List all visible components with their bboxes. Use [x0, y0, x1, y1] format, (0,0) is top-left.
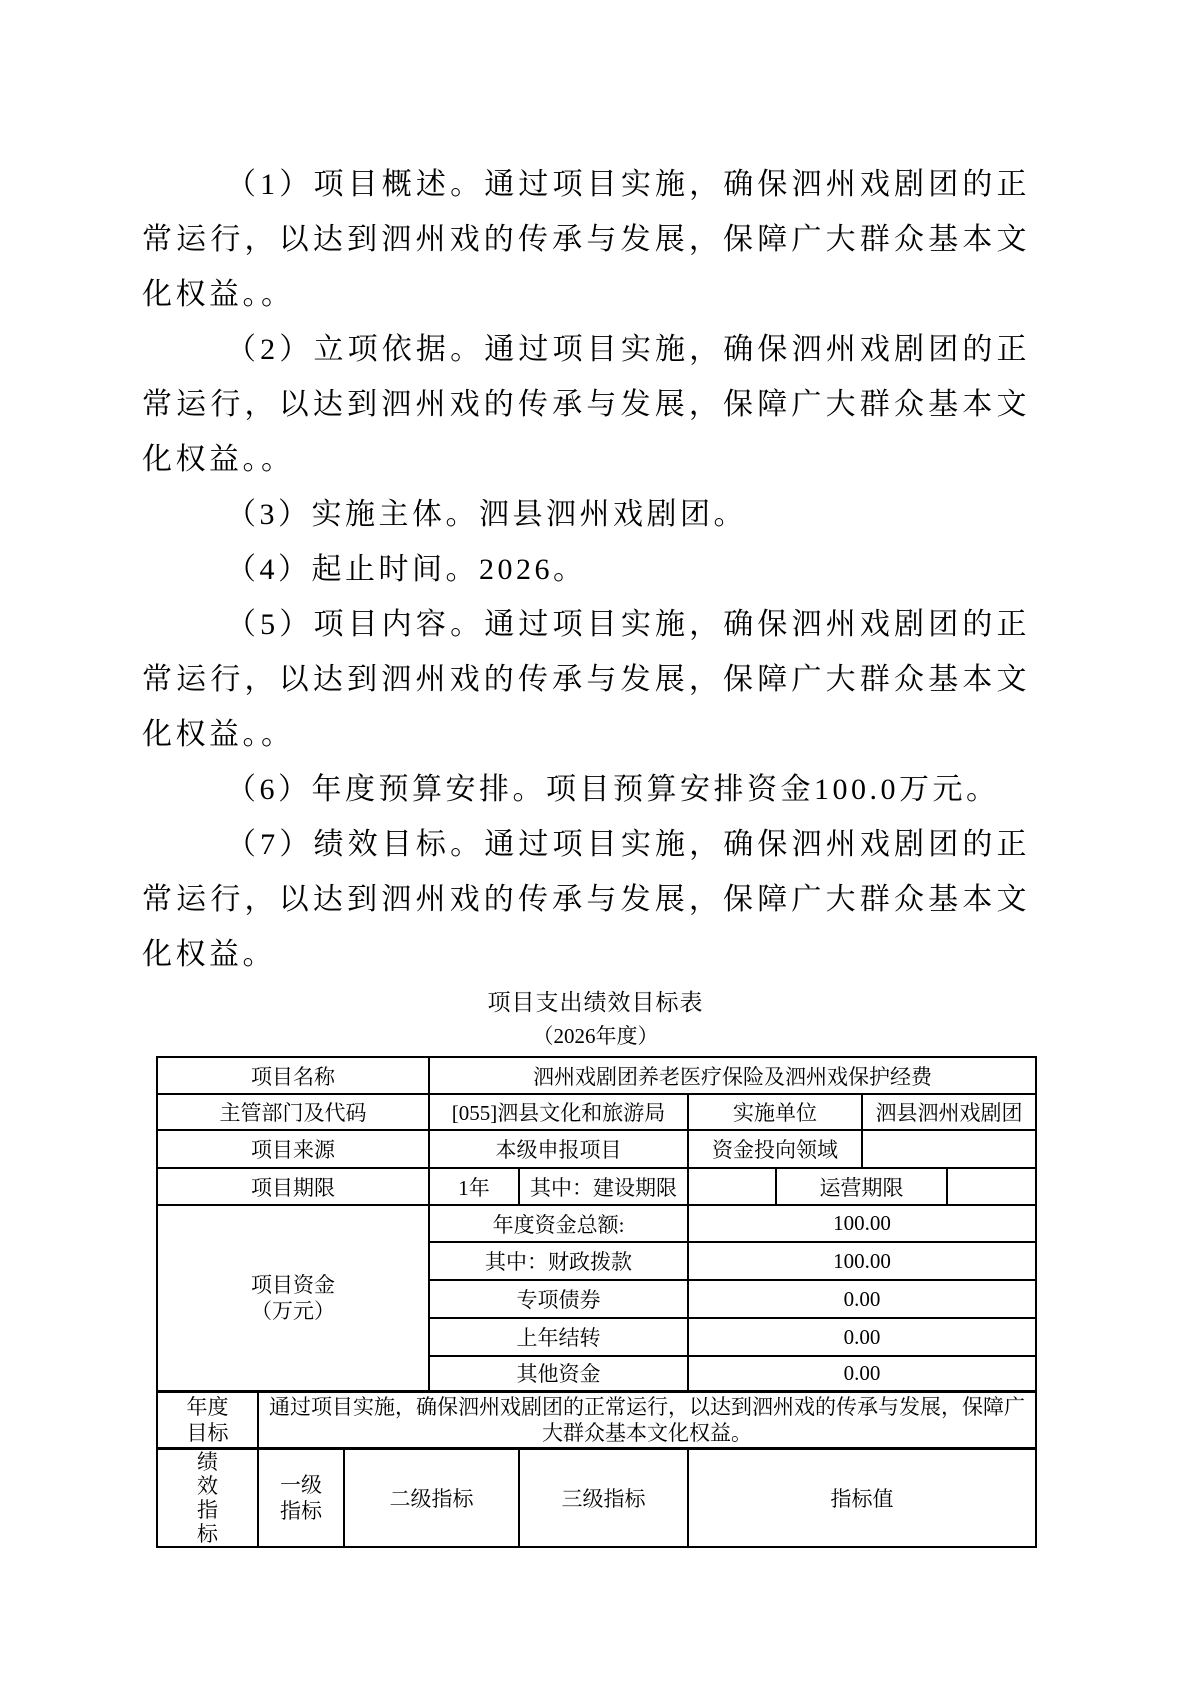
body-text: （1）项目概述。通过项目实施，确保泗州戏剧团的正常运行，以达到泗州戏的传承与发展… — [142, 157, 1030, 982]
perf-level3-cell: 三级指标 — [519, 1448, 688, 1547]
row-period: 项目期限 1年 其中：建设期限 运营期限 — [157, 1168, 1036, 1205]
paragraph-6: （6）年度预算安排。项目预算安排资金100.0万元。 — [142, 762, 1030, 817]
document-page: （1）项目概述。通过项目实施，确保泗州戏剧团的正常运行，以达到泗州戏的传承与发展… — [0, 0, 1190, 1684]
row-funds-total: 项目资金 （万元） 年度资金总额: 100.00 — [157, 1205, 1036, 1242]
construction-period-value-cell — [688, 1168, 776, 1205]
funds-bond-label-cell: 专项债券 — [429, 1280, 688, 1318]
paragraph-4: （4）起止时间。2026。 — [142, 542, 1030, 597]
funds-other-label-cell: 其他资金 — [429, 1356, 688, 1391]
funds-carryover-value-cell: 0.00 — [688, 1318, 1036, 1356]
paragraph-5: （5）项目内容。通过项目实施，确保泗州戏剧团的正常运行，以达到泗州戏的传承与发展… — [142, 597, 1030, 762]
performance-goal-table: 项目名称 泗州戏剧团养老医疗保险及泗州戏保护经费 主管部门及代码 [055]泗县… — [156, 1056, 1037, 1548]
annual-goal-label-cell: 年度 目标 — [157, 1391, 258, 1448]
perf-value-cell: 指标值 — [688, 1448, 1036, 1547]
funds-total-value-cell: 100.00 — [688, 1205, 1036, 1242]
row-performance-header: 绩 效 指 标 一级 指标 二级指标 三级指标 指标值 — [157, 1448, 1036, 1547]
impl-unit-label-cell: 实施单位 — [688, 1094, 862, 1130]
fund-direction-value-cell — [862, 1130, 1036, 1168]
table-subtitle: （2026年度） — [156, 1018, 1035, 1054]
source-label-cell: 项目来源 — [157, 1130, 429, 1168]
funds-fiscal-label-cell: 其中：财政拨款 — [429, 1242, 688, 1280]
perf-level2-cell: 二级指标 — [344, 1448, 519, 1547]
row-annual-goal: 年度 目标 通过项目实施，确保泗州戏剧团的正常运行，以达到泗州戏的传承与发展，保… — [157, 1391, 1036, 1448]
perf-label-cell: 绩 效 指 标 — [157, 1448, 258, 1547]
period-label-cell: 项目期限 — [157, 1168, 429, 1205]
table-title: 项目支出绩效目标表 — [156, 988, 1035, 1018]
project-name-value-cell: 泗州戏剧团养老医疗保险及泗州戏保护经费 — [429, 1057, 1036, 1094]
funds-other-value-cell: 0.00 — [688, 1356, 1036, 1391]
row-source: 项目来源 本级申报项目 资金投向领域 — [157, 1130, 1036, 1168]
funds-label-cell: 项目资金 （万元） — [157, 1205, 429, 1391]
annual-goal-value-cell: 通过项目实施，确保泗州戏剧团的正常运行，以达到泗州戏的传承与发展，保障广大群众基… — [258, 1391, 1036, 1448]
paragraph-3: （3）实施主体。泗县泗州戏剧团。 — [142, 487, 1030, 542]
source-value-cell: 本级申报项目 — [429, 1130, 688, 1168]
paragraph-1: （1）项目概述。通过项目实施，确保泗州戏剧团的正常运行，以达到泗州戏的传承与发展… — [142, 157, 1030, 322]
funds-carryover-label-cell: 上年结转 — [429, 1318, 688, 1356]
paragraph-7: （7）绩效目标。通过项目实施，确保泗州戏剧团的正常运行，以达到泗州戏的传承与发展… — [142, 817, 1030, 982]
funds-bond-value-cell: 0.00 — [688, 1280, 1036, 1318]
project-name-label-cell: 项目名称 — [157, 1057, 429, 1094]
fund-direction-label-cell: 资金投向领域 — [688, 1130, 862, 1168]
operation-period-label-cell: 运营期限 — [776, 1168, 947, 1205]
funds-total-label-cell: 年度资金总额: — [429, 1205, 688, 1242]
impl-unit-value-cell: 泗县泗州戏剧团 — [862, 1094, 1036, 1130]
dept-value-cell: [055]泗县文化和旅游局 — [429, 1094, 688, 1130]
period-value-cell: 1年 — [429, 1168, 519, 1205]
row-project-name: 项目名称 泗州戏剧团养老医疗保险及泗州戏保护经费 — [157, 1057, 1036, 1094]
operation-period-value-cell — [947, 1168, 1036, 1205]
row-department: 主管部门及代码 [055]泗县文化和旅游局 实施单位 泗县泗州戏剧团 — [157, 1094, 1036, 1130]
perf-level1-cell: 一级 指标 — [258, 1448, 344, 1547]
construction-period-label-cell: 其中：建设期限 — [519, 1168, 688, 1205]
funds-fiscal-value-cell: 100.00 — [688, 1242, 1036, 1280]
dept-label-cell: 主管部门及代码 — [157, 1094, 429, 1130]
paragraph-2: （2）立项依据。通过项目实施，确保泗州戏剧团的正常运行，以达到泗州戏的传承与发展… — [142, 322, 1030, 487]
